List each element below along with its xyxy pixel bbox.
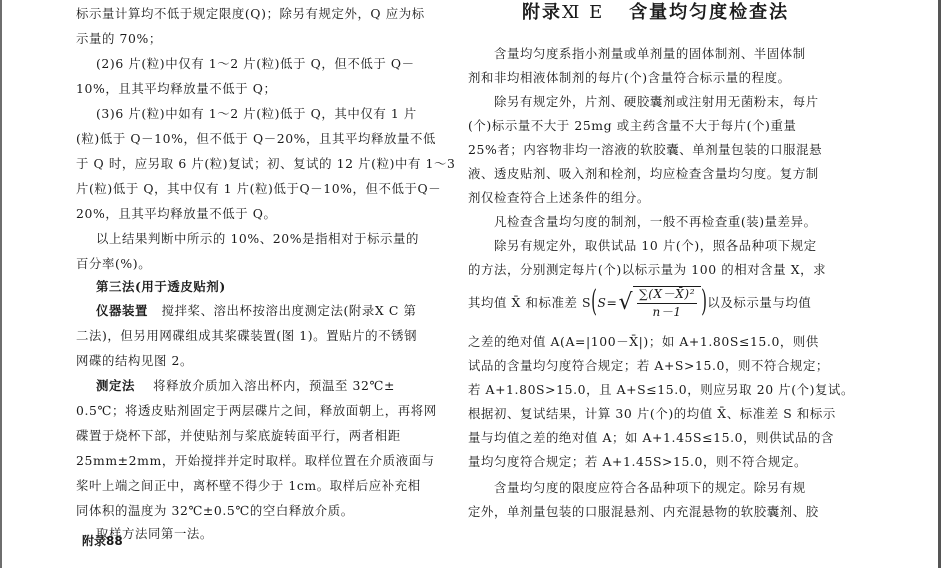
- right-bracket: ): [701, 287, 707, 317]
- term-label: 仪器装置: [96, 303, 148, 318]
- paragraph-line: 量与均值之差的绝对值 A；如 A+1.45S≤15.0，则供试品的含: [468, 430, 834, 446]
- paragraph-line: 20%，且其平均释放量不低于 Q。: [76, 206, 277, 222]
- paragraph-line: 除另有规定外，取供试品 10 片(个)，照各品种项下规定: [494, 238, 817, 254]
- formula-fraction: ∑(X－X̄)² n－1: [633, 286, 701, 320]
- paragraph-text: 其均值 X̄ 和标准差 S: [468, 293, 591, 311]
- paragraph-line: 若 A+1.80S>15.0，且 A+S≤15.0，则应另取 20 片(个)复试…: [468, 382, 854, 398]
- paragraph-line: (粒)低于 Q－10%，但不低于 Q－20%，且其平均释放量不低: [76, 131, 436, 147]
- paragraph-line: 除另有规定外，片剂、硬胶囊剂或注射用无菌粉末，每片: [494, 94, 819, 110]
- title-main: 含量均匀度检查法: [629, 2, 789, 23]
- paragraph-line: 标示量计算均不低于规定限度(Q)；除另有规定外，Q 应为标: [76, 6, 425, 22]
- paragraph-line: 液、透皮贴剂、吸入剂和栓剂，均应检查含量均匀度。复方制: [468, 166, 819, 182]
- paragraph-line: 10%，且其平均释放量不低于 Q；: [76, 81, 277, 97]
- paragraph-line: 25%者；内容物非均一溶液的软胶囊、单剂量包装的口服混悬: [468, 142, 822, 158]
- paragraph-text: 搅拌桨、溶出杯按溶出度测定法(附录Ⅹ C 第: [162, 303, 417, 318]
- paragraph-line: 之差的绝对值 A(A=|100－X̄|)；如 A+1.80S≤15.0，则供: [468, 334, 819, 350]
- title-prefix: 附录: [522, 2, 562, 23]
- paragraph-line: 网碟的结构见图 2。: [76, 353, 193, 369]
- title-roman: Ⅺ E: [562, 2, 604, 23]
- paragraph-line: 于 Q 时，应另取 6 片(粒)复试；初、复试的 12 片(粒)中有 1～3: [76, 156, 455, 172]
- paragraph-line: 百分率(%)。: [76, 256, 151, 272]
- paragraph-line: 25mm±2mm，开始搅拌并定时取样。取样位置在介质液面与: [76, 453, 435, 469]
- paragraph-line: 定外，单剂量包装的口服混悬剂、内充混悬物的软胶囊剂、胶: [468, 504, 819, 520]
- sqrt-symbol: √: [618, 290, 633, 315]
- paragraph-line: 二法)，但另用网碟组成其桨碟装置(图 1)。置贴片的不锈钢: [76, 328, 417, 344]
- term-label: 测定法: [96, 378, 135, 393]
- paragraph-line: 以上结果判断中所示的 10%、20%是指相对于标示量的: [96, 231, 419, 247]
- paragraph-line: (3)6 片(粒)中如有 1～2 片(粒)低于 Q，其中仅有 1 片: [96, 106, 417, 122]
- left-bracket: (: [591, 287, 597, 317]
- paragraph-line: 含量均匀度系指小剂量或单剂量的固体制剂、半固体制: [494, 46, 806, 62]
- paragraph-line: 测定法 将释放介质加入溶出杯内，预温至 32℃±: [96, 378, 395, 394]
- paragraph-line: 试品的含量均匀度符合规定；若 A+S>15.0，则不符合规定；: [468, 358, 829, 374]
- paragraph-line: 示量的 70%；: [76, 31, 162, 47]
- paragraph-line: 片(粒)低于 Q，其中仅有 1 片(粒)低于Q－10%，但不低于Q－: [76, 181, 441, 197]
- section-heading: 第三法(用于透皮贴剂): [96, 279, 226, 295]
- paragraph-line: 剂和非均相液体制剂的每片(个)含量符合标示量的程度。: [468, 70, 791, 86]
- formula-denominator: n－1: [653, 304, 682, 320]
- paragraph-line: 凡检查含量均匀度的制剂，一般不再检查重(装)量差异。: [494, 214, 817, 230]
- page-border-left: [0, 0, 2, 568]
- paragraph-text: 以及标示量与均值: [707, 293, 811, 311]
- paragraph-line: 碟置于烧杯下部，并使贴剂与桨底旋转面平行，两者相距: [76, 428, 401, 444]
- paragraph-line: 含量均匀度的限度应符合各品种项下的规定。除另有规: [494, 480, 806, 496]
- paragraph-line: (个)标示量不大于 25mg 或主药含量不大于每片(个)重量: [468, 118, 796, 134]
- paragraph-line: 量均匀度符合规定；若 A+1.45S>15.0，则不符合规定。: [468, 454, 807, 470]
- paragraph-line: 仪器装置 搅拌桨、溶出杯按溶出度测定法(附录Ⅹ C 第: [96, 303, 416, 319]
- paragraph-line: 的方法，分别测定每片(个)以标示量为 100 的相对含量 X，求: [468, 262, 826, 278]
- formula-lhs: S=: [597, 295, 617, 310]
- formula-numerator: ∑(X－X̄)²: [637, 287, 697, 304]
- paragraph-line: 剂仅检查符合上述条件的组分。: [468, 190, 650, 206]
- paragraph-line: 同体积的温度为 32℃±0.5℃的空白释放介质。: [76, 503, 354, 519]
- paragraph-line: 0.5℃；将透皮贴剂固定于两层碟片之间，释放面朝上，再将网: [76, 403, 437, 419]
- page-title: 附录Ⅺ E 含量均匀度检查法: [522, 0, 789, 24]
- std-dev-formula-line: 其均值 X̄ 和标准差 S ( S= √ ∑(X－X̄)² n－1 ) 以及标示…: [468, 282, 811, 322]
- paragraph-line: 桨叶上端之间正中，离杯壁不得少于 1cm。取样后应补充相: [76, 478, 421, 494]
- paragraph-line: 根据初、复试结果，计算 30 片(个)的均值 X̄、标准差 S 和标示: [468, 406, 836, 422]
- page-number: 附录88: [82, 532, 123, 549]
- paragraph-text: 将释放介质加入溶出杯内，预温至 32℃±: [153, 378, 395, 393]
- paragraph-line: (2)6 片(粒)中仅有 1～2 片(粒)低于 Q，但不低于 Q－: [96, 56, 415, 72]
